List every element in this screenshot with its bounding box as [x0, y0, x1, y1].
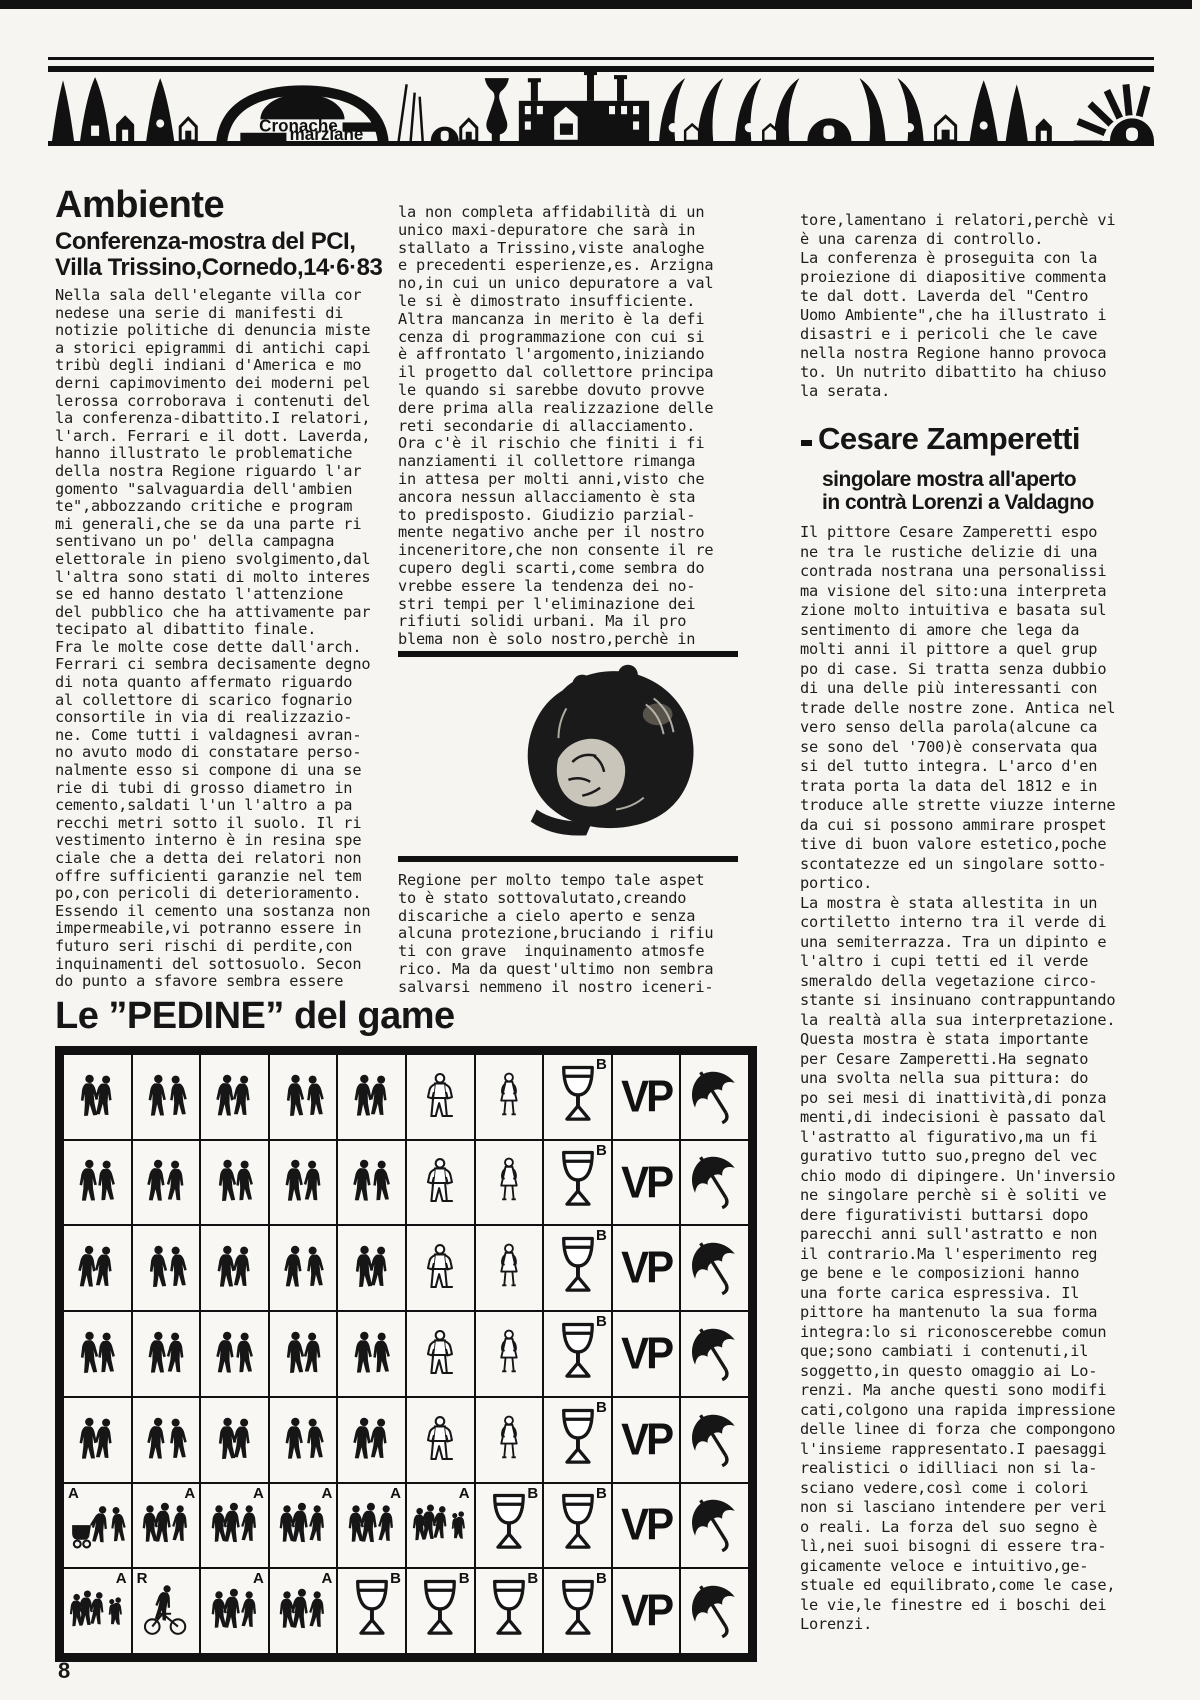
grid-cell-woman [476, 1312, 543, 1396]
cell-letter: A [253, 1485, 264, 1502]
grid-cell-couple [201, 1398, 268, 1482]
couple-icon [205, 1319, 265, 1389]
woman-icon [479, 1062, 539, 1132]
grid-cell-couple [64, 1055, 131, 1139]
grid-cell-group3: A [133, 1484, 200, 1568]
page-number: 8 [58, 1658, 70, 1684]
grid-cell-couple [133, 1312, 200, 1396]
cell-letter: B [527, 1570, 538, 1587]
man-icon [410, 1062, 470, 1132]
man-icon [410, 1147, 470, 1217]
grid-cell-goblet: B [407, 1569, 474, 1653]
grid-cell-goblet: B [544, 1141, 611, 1225]
couple-icon [342, 1062, 402, 1132]
couple-icon [136, 1147, 196, 1217]
grid-cell-vp: VP [613, 1398, 680, 1482]
umbrella-icon [685, 1405, 745, 1475]
illustration-top-rule [398, 651, 738, 657]
cell-letter: B [596, 1485, 607, 1502]
article-subtitle-line2: Villa Trissino,Cornedo,14·6·83 [55, 255, 382, 280]
cell-letter: B [527, 1485, 538, 1502]
vp-label: VP [621, 1243, 671, 1293]
zamperetti-subtitle-line1: singolare mostra all'aperto [822, 469, 1076, 491]
couple-icon [205, 1147, 265, 1217]
grid-cell-couple [338, 1055, 405, 1139]
grid-cell-couple [270, 1141, 337, 1225]
grid-cell-group3: A [201, 1484, 268, 1568]
cell-letter: A [68, 1485, 79, 1502]
cell-letter: B [596, 1570, 607, 1587]
game-grid-row: AAAAAA B BVP [64, 1484, 748, 1568]
grid-cell-couple [270, 1312, 337, 1396]
grid-cell-umbrella [681, 1312, 748, 1396]
game-grid-row: BVP [64, 1141, 748, 1225]
grid-cell-vp: VP [613, 1312, 680, 1396]
ambiente-column-2-top: la non completa affidabilità di un unico… [398, 204, 746, 649]
cell-letter: A [459, 1485, 470, 1502]
game-grid-row: A RAA B B B BVP [64, 1569, 748, 1653]
grid-cell-goblet: B [544, 1055, 611, 1139]
grid-cell-couple [338, 1312, 405, 1396]
illustration-bottom-rule [398, 856, 738, 862]
vp-label: VP [621, 1500, 671, 1550]
woman-icon [479, 1319, 539, 1389]
grid-cell-couple [338, 1226, 405, 1310]
vp-label: VP [621, 1329, 671, 1379]
cell-letter: A [184, 1485, 195, 1502]
zamperetti-subtitle-line2: in contrà Lorenzi a Valdagno [822, 492, 1094, 514]
masthead-banner: Cronache marziane [48, 66, 1154, 146]
grid-cell-couple [133, 1141, 200, 1225]
grid-cell-couple [201, 1312, 268, 1396]
couple-icon [136, 1233, 196, 1303]
man-icon [410, 1405, 470, 1475]
couple-icon [136, 1405, 196, 1475]
cell-letter: R [137, 1570, 148, 1587]
grid-cell-group3: A [338, 1484, 405, 1568]
woman-icon [479, 1233, 539, 1303]
grid-cell-goblet: B [544, 1226, 611, 1310]
couple-icon [342, 1319, 402, 1389]
grid-cell-couple [270, 1055, 337, 1139]
grid-cell-couple [201, 1141, 268, 1225]
title-dash [801, 440, 812, 446]
village-skyline-illustration: Cronache marziane [48, 72, 1154, 141]
cell-letter: B [596, 1399, 607, 1416]
game-grid-row: BVP [64, 1055, 748, 1139]
woman-icon [479, 1147, 539, 1217]
ambiente-column-3: tore,lamentano i relatori,perchè vi è un… [800, 211, 1140, 401]
grid-cell-goblet: B [544, 1312, 611, 1396]
couple-icon [342, 1147, 402, 1217]
couple-icon [342, 1233, 402, 1303]
couple-icon [273, 1147, 333, 1217]
couple-icon [136, 1319, 196, 1389]
grid-cell-vp: VP [613, 1141, 680, 1225]
grid-cell-goblet: B [544, 1398, 611, 1482]
ambiente-column-2-bottom: Regione per molto tempo tale aspet to è … [398, 872, 746, 997]
grid-cell-group4: A [407, 1484, 474, 1568]
header-thin-rule [48, 57, 1154, 60]
grid-cell-man [407, 1312, 474, 1396]
couple-icon [342, 1405, 402, 1475]
cell-letter: B [596, 1313, 607, 1330]
section-title-ambiente: Ambiente [55, 186, 224, 226]
grid-cell-umbrella [681, 1569, 748, 1653]
grid-cell-vp: VP [613, 1484, 680, 1568]
grid-cell-couple [201, 1055, 268, 1139]
ambiente-column-1: Nella sala dell'elegante villa cor nedes… [55, 287, 403, 991]
couple-icon [273, 1319, 333, 1389]
grid-cell-couple [270, 1226, 337, 1310]
man-icon [410, 1233, 470, 1303]
cell-letter: B [596, 1142, 607, 1159]
grid-cell-woman [476, 1141, 543, 1225]
grid-cell-bike: R [133, 1569, 200, 1653]
banner-title-word2: marziane [290, 124, 364, 141]
grid-cell-couple [338, 1141, 405, 1225]
man-icon [410, 1319, 470, 1389]
grid-cell-couple [64, 1398, 131, 1482]
couple-icon [67, 1147, 127, 1217]
couple-icon [273, 1405, 333, 1475]
grid-cell-couple [133, 1226, 200, 1310]
grid-cell-couple [133, 1398, 200, 1482]
grid-cell-couple [270, 1398, 337, 1482]
cell-letter: A [322, 1485, 333, 1502]
vp-label: VP [621, 1157, 671, 1207]
couple-icon [273, 1233, 333, 1303]
grid-cell-couple [64, 1141, 131, 1225]
umbrella-icon [685, 1576, 745, 1646]
couple-icon [273, 1062, 333, 1132]
umbrella-icon [685, 1233, 745, 1303]
cell-letter: A [322, 1570, 333, 1587]
umbrella-icon [685, 1147, 745, 1217]
article-subtitle-line1: Conferenza-mostra del PCI, [55, 229, 355, 254]
cell-letter: A [116, 1570, 127, 1587]
grid-cell-couple [338, 1398, 405, 1482]
grid-cell-goblet: B [544, 1484, 611, 1568]
vp-label: VP [621, 1586, 671, 1636]
game-title: Le ”PEDINE” del game [55, 997, 455, 1037]
cell-letter: A [390, 1485, 401, 1502]
grid-cell-group4: A [64, 1569, 131, 1653]
grid-cell-group3: A [270, 1569, 337, 1653]
grid-cell-couple [201, 1226, 268, 1310]
bear-with-cub-illustration [497, 660, 735, 850]
grid-cell-group3: A [201, 1569, 268, 1653]
article-title-zamperetti: Cesare Zamperetti [818, 423, 1080, 456]
grid-cell-goblet: B [544, 1569, 611, 1653]
grid-cell-vp: VP [613, 1055, 680, 1139]
couple-icon [67, 1405, 127, 1475]
grid-cell-couple [133, 1055, 200, 1139]
grid-cell-group3: A [270, 1484, 337, 1568]
magazine-page: Cronache marziane [0, 0, 1200, 1700]
grid-cell-goblet: B [476, 1484, 543, 1568]
game-grid-row: BVP [64, 1398, 748, 1482]
couple-icon [67, 1062, 127, 1132]
grid-cell-couple [64, 1226, 131, 1310]
umbrella-icon [685, 1490, 745, 1560]
couple-icon [205, 1405, 265, 1475]
grid-cell-woman [476, 1055, 543, 1139]
grid-cell-woman [476, 1398, 543, 1482]
cell-letter: A [253, 1570, 264, 1587]
game-grid-row: BVP [64, 1226, 748, 1310]
grid-cell-goblet: B [338, 1569, 405, 1653]
umbrella-icon [685, 1062, 745, 1132]
couple-icon [67, 1233, 127, 1303]
grid-cell-goblet: B [476, 1569, 543, 1653]
grid-cell-woman [476, 1226, 543, 1310]
game-grid: BVP BVP [55, 1046, 757, 1662]
grid-cell-vp: VP [613, 1226, 680, 1310]
cell-letter: B [390, 1570, 401, 1587]
couple-icon [67, 1319, 127, 1389]
grid-cell-man [407, 1141, 474, 1225]
grid-cell-umbrella [681, 1141, 748, 1225]
grid-cell-vp: VP [613, 1569, 680, 1653]
grid-cell-umbrella [681, 1398, 748, 1482]
grid-cell-man [407, 1055, 474, 1139]
grid-cell-pram: A [64, 1484, 131, 1568]
cell-letter: B [596, 1056, 607, 1073]
grid-cell-umbrella [681, 1484, 748, 1568]
umbrella-icon [685, 1319, 745, 1389]
couple-icon [136, 1062, 196, 1132]
zamperetti-body: Il pittore Cesare Zamperetti espo ne tra… [800, 523, 1140, 1635]
grid-cell-man [407, 1398, 474, 1482]
cell-letter: B [459, 1570, 470, 1587]
cell-letter: B [596, 1227, 607, 1244]
grid-cell-man [407, 1226, 474, 1310]
grid-cell-umbrella [681, 1226, 748, 1310]
vp-label: VP [621, 1415, 671, 1465]
couple-icon [205, 1062, 265, 1132]
game-grid-row: BVP [64, 1312, 748, 1396]
scan-top-edge [0, 0, 1192, 9]
grid-cell-couple [64, 1312, 131, 1396]
vp-label: VP [621, 1072, 671, 1122]
woman-icon [479, 1405, 539, 1475]
couple-icon [205, 1233, 265, 1303]
grid-cell-umbrella [681, 1055, 748, 1139]
